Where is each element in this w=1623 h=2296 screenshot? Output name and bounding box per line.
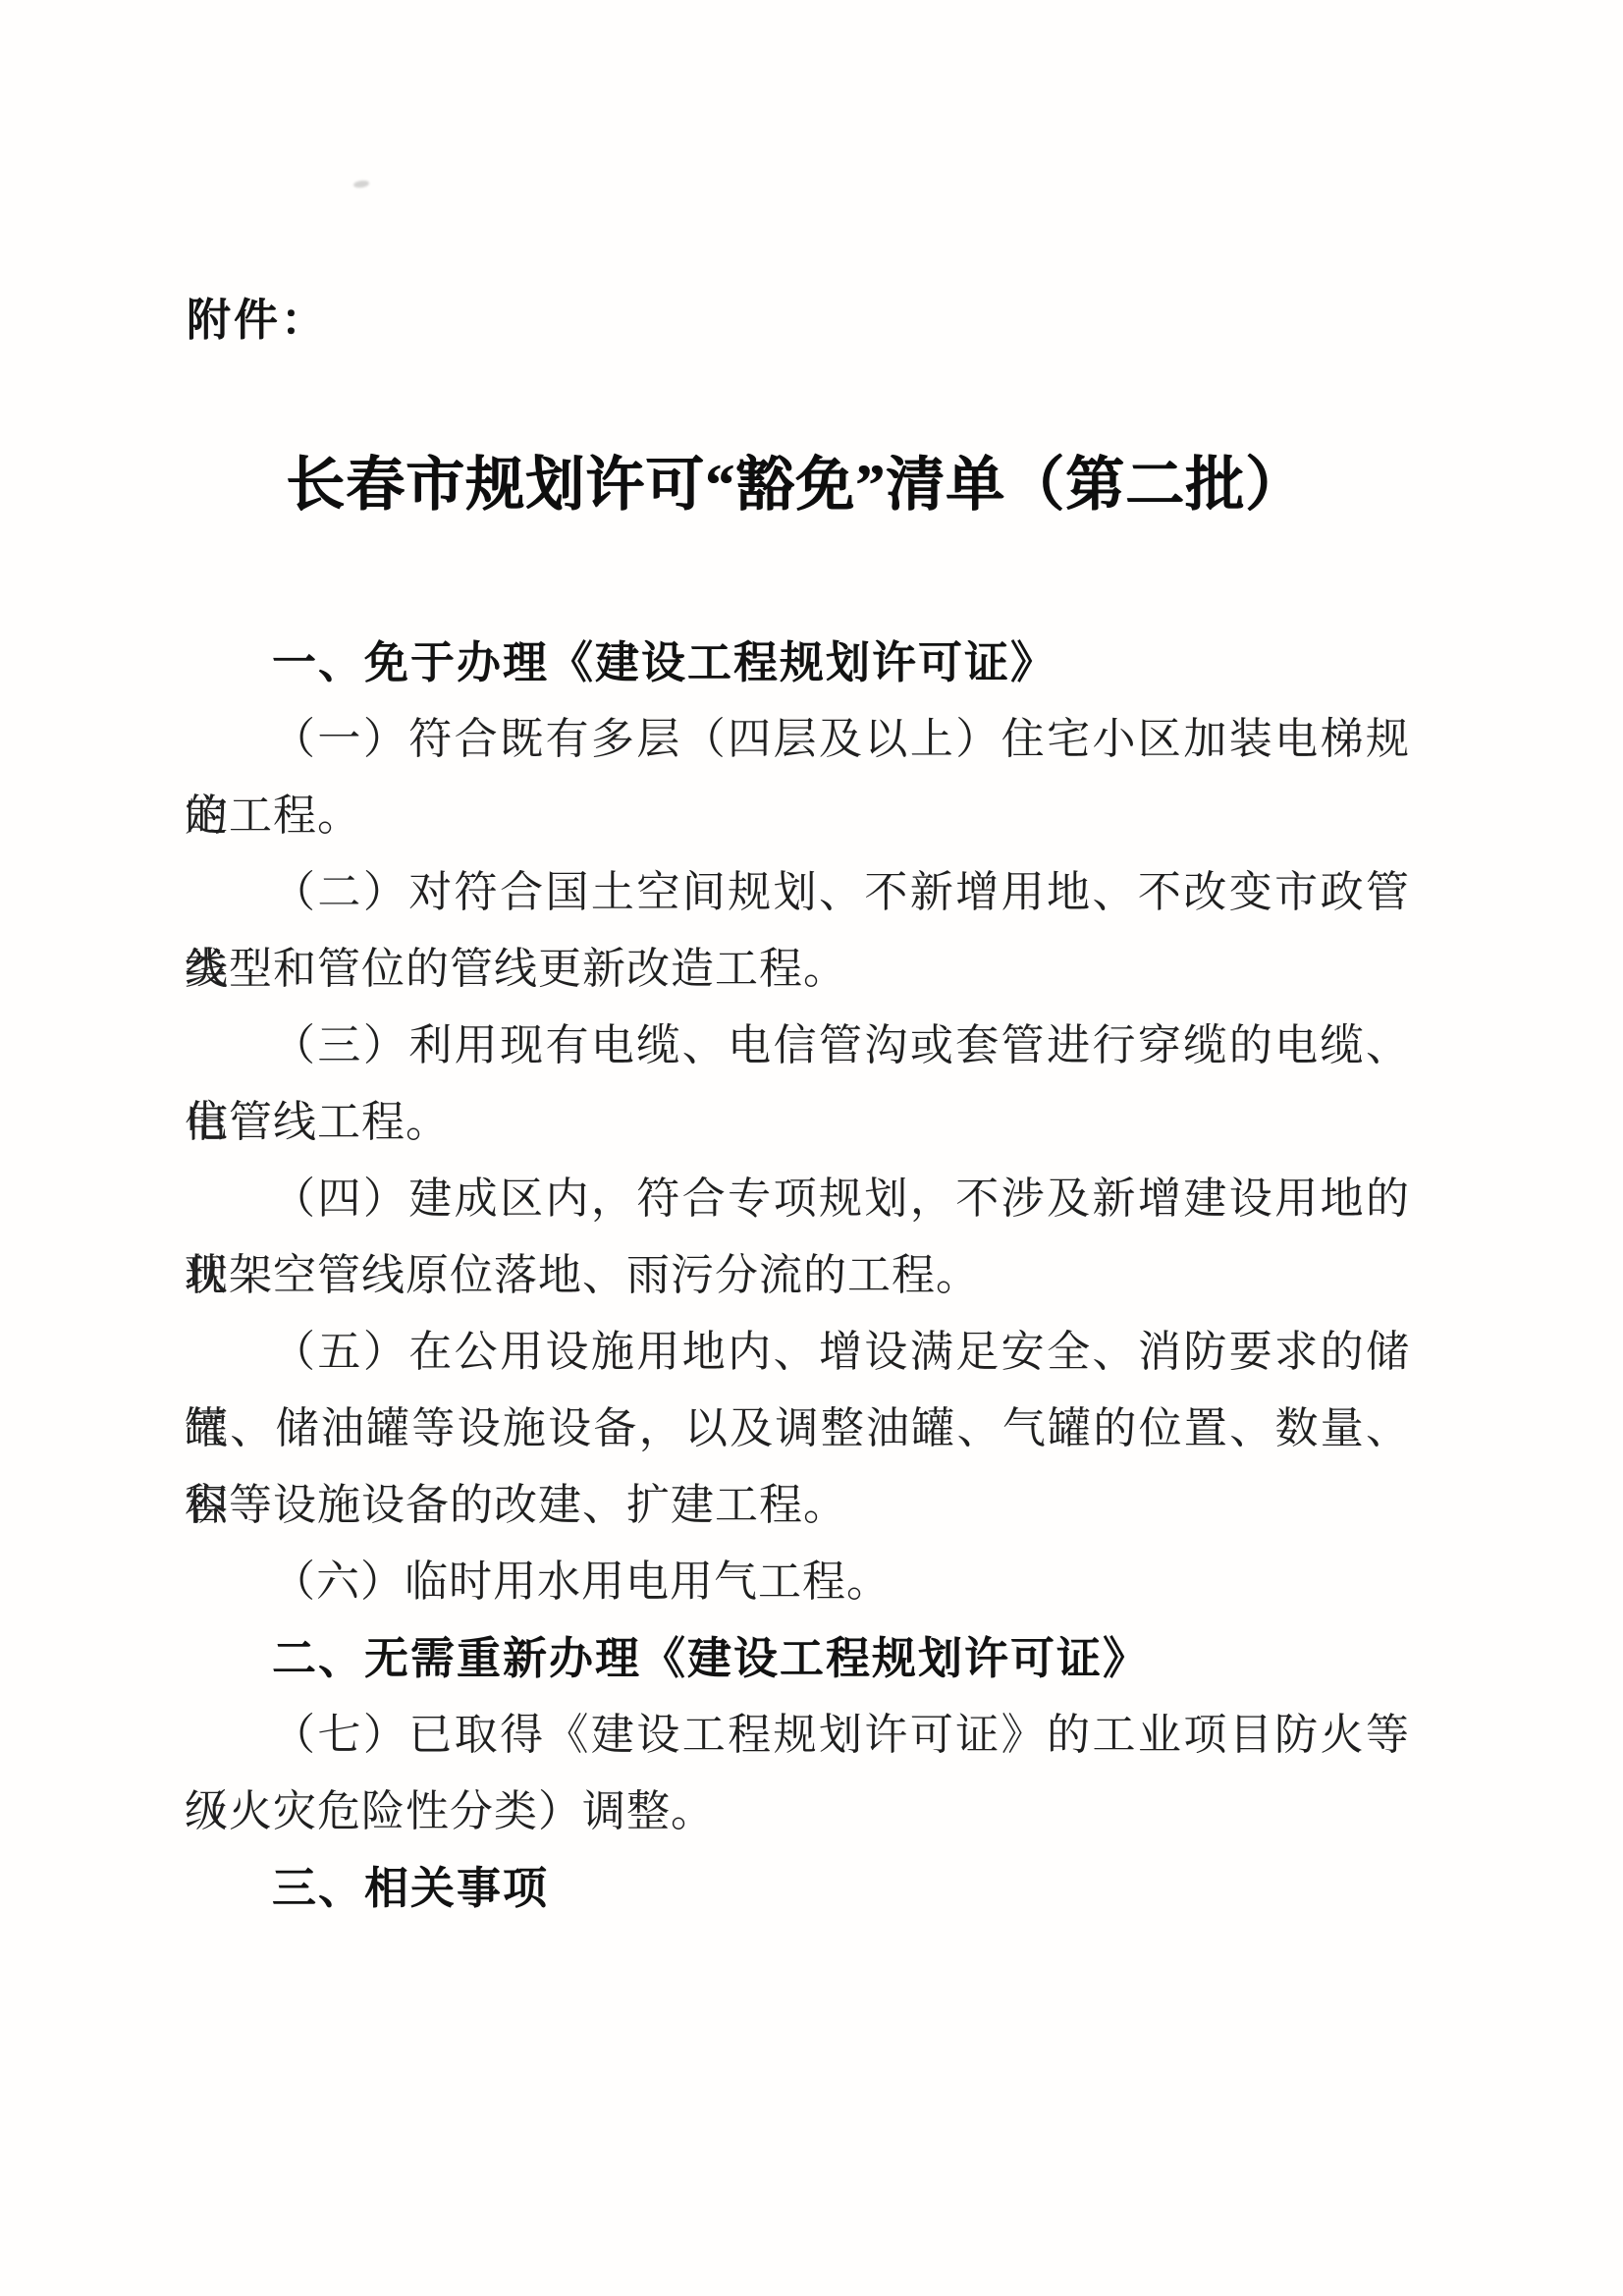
scanned-document-page: 附件： 长春市规划许可“豁免”清单（第二批） 一、免于办理《建设工程规划许可证》… [0, 0, 1623, 2296]
body-line: 状架空管线原位落地、雨污分流的工程。 [185, 1237, 1410, 1314]
body-line: 罐、储油罐等设施设备，以及调整油罐、气罐的位置、数量、容 [185, 1391, 1410, 1467]
body-line: （五）在公用设施用地内、增设满足安全、消防要求的储气 [185, 1314, 1410, 1391]
body-line: （火灾危险性分类）调整。 [185, 1774, 1410, 1850]
body-line: （三）利用现有电缆、电信管沟或套管进行穿缆的电缆、电 [185, 1008, 1410, 1084]
document-body: 一、免于办理《建设工程规划许可证》 （一）符合既有多层（四层及以上）住宅小区加装… [185, 625, 1410, 1927]
section-2-heading: 二、无需重新办理《建设工程规划许可证》 [185, 1620, 1410, 1697]
body-line: （七）已取得《建设工程规划许可证》的工业项目防火等级 [185, 1697, 1410, 1774]
body-line: 信管线工程。 [185, 1084, 1410, 1161]
scan-artifact [353, 180, 370, 189]
body-line: 积等设施设备的改建、扩建工程。 [185, 1467, 1410, 1544]
body-line: （四）建成区内，符合专项规划，不涉及新增建设用地的现 [185, 1161, 1410, 1237]
body-line: （一）符合既有多层（四层及以上）住宅小区加装电梯规定 [185, 701, 1410, 778]
body-line: （二）对符合国土空间规划、不新增用地、不改变市政管线 [185, 854, 1410, 931]
attachment-label: 附件： [187, 291, 328, 350]
body-line: （六）临时用水用电用气工程。 [185, 1544, 1410, 1620]
section-1-heading: 一、免于办理《建设工程规划许可证》 [185, 625, 1410, 701]
body-line: 的工程。 [185, 778, 1410, 854]
section-3-heading: 三、相关事项 [185, 1850, 1410, 1927]
body-line: 类型和管位的管线更新改造工程。 [185, 931, 1410, 1008]
document-title: 长春市规划许可“豁免”清单（第二批） [157, 444, 1434, 526]
